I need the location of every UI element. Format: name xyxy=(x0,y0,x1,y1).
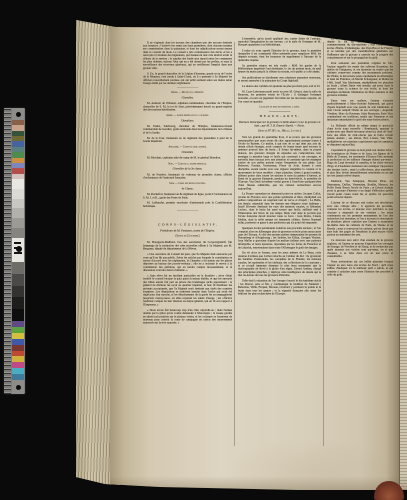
strip-colors-bottom xyxy=(12,321,24,380)
page-number: 198 xyxy=(246,27,282,32)
color-patch xyxy=(12,208,24,218)
card-dot-icon xyxy=(16,246,22,252)
paragraph: Nous reviendrons sur ces belles planches… xyxy=(327,260,393,276)
subheading-italic: 4e Classe. xyxy=(143,187,232,190)
section-heading: CORPS-LÉGISLATIF. xyxy=(143,223,232,226)
paragraph: L'ensemble, qu'on aurait appliqué aux co… xyxy=(238,37,321,47)
card-mark xyxy=(14,242,21,244)
paragraph: M. de la Tour, lieutenant au 4e régiment… xyxy=(143,137,232,143)
color-patch xyxy=(12,286,24,298)
color-patch xyxy=(12,309,24,321)
paragraph: On vit alors se former, sous les yeux mê… xyxy=(238,251,321,277)
archive-photo-background: 198 Il ne s'agissait dans les travaux de… xyxy=(0,0,407,500)
subheading-italic: Chevalier. xyxy=(143,96,232,99)
column-right-text: La suite de ce discours embrasse l'histo… xyxy=(327,37,393,276)
card-mark xyxy=(14,252,22,254)
paragraph: Cependant la gravure en bois jetait son … xyxy=(327,149,393,178)
color-patch xyxy=(12,199,24,209)
seance-line: (Suite du N° 297, col. 196, lig. 2 et su… xyxy=(238,129,321,132)
strip-grayscale xyxy=(12,179,24,238)
paragraph: Entre tous ces maîtres, l'auteur s'attac… xyxy=(327,99,393,121)
center-note: Armée. — Garde impériale de la cavalerie… xyxy=(143,114,232,117)
paragraph: M. Bourgeois-Maillard, l'un des secrétai… xyxy=(143,241,232,251)
subheading-italic: Chevalier de la 3e classe. xyxy=(143,167,232,170)
citation-italic: Discours historique sur la gravure en ta… xyxy=(238,121,321,127)
paragraph: M. Lablanche, premier secrétaire d'ambas… xyxy=(143,201,232,207)
section-heading: BEAUX-ARTS. xyxy=(238,115,321,118)
paragraph: M. Mordant, capitaine aide-de-camp de M.… xyxy=(143,156,232,159)
paragraph: Il ne s'agissait dans les travaux des ch… xyxy=(143,41,232,70)
citation-italic: Présidence de M. Fontanes, comte de l'Em… xyxy=(143,229,232,232)
column-rule-right xyxy=(323,42,324,446)
paragraph: La France cependant ne demeurait point e… xyxy=(238,192,321,224)
column-left-text: Il ne s'agissait dans les travaux des ch… xyxy=(143,41,232,325)
center-note: Ordre. — Décret de la Majesté. xyxy=(143,91,232,94)
center-note: Le relevé du jeudi se poursuivra à lundi… xyxy=(238,105,321,108)
paragraph: « Une ouverture du Conseil lui peut, que… xyxy=(143,253,232,272)
paragraph: Pour remonter aux premières origines de … xyxy=(327,62,393,97)
column-rule-left xyxy=(234,42,235,446)
paragraph: M. de Pontève, lieutenant de vaisseau de… xyxy=(143,173,232,179)
paragraph: Vers les grands du quatrième livre, il s… xyxy=(238,136,321,190)
color-patch xyxy=(12,297,24,309)
registration-dot-top-icon xyxy=(16,112,21,117)
strip-dark-steps xyxy=(12,262,24,321)
paragraph: L'ordre où vous appelé l'histoire de la … xyxy=(238,49,321,62)
color-patch xyxy=(12,274,24,286)
paragraph: M. Aumont de Tribunal, adjudant-commanda… xyxy=(143,102,232,112)
column-middle: L'ensemble, qu'on aurait appliqué aux co… xyxy=(238,37,321,475)
registration-dot-bottom-icon xyxy=(16,385,21,390)
strip-bottom-cap xyxy=(12,380,24,394)
journal-page: 198 Il ne s'agissait dans les travaux de… xyxy=(110,22,407,490)
paragraph: Edelinck, Van Schuppen, Nicolas Pitau, l… xyxy=(327,180,393,199)
paragraph: La séance des comités est ajournée au pl… xyxy=(238,85,321,88)
color-patch xyxy=(12,262,24,274)
paragraph: Quelques écoles persistaient toutefois a… xyxy=(238,227,321,249)
calibration-patch-column xyxy=(11,108,25,394)
paragraph: Telle était la situation de l'art lorsqu… xyxy=(238,279,321,295)
center-note: Nota. — Corps de la marine impériale. xyxy=(143,162,232,165)
paragraph: Sa première séance est très variée : MM.… xyxy=(238,64,321,74)
seance-line: (Séance du 22 octobre.) xyxy=(143,234,232,237)
paragraph: M. Caze-Labrousse paraît avoir vu avec M… xyxy=(238,90,321,103)
subheading-italic: Chevalier. xyxy=(143,151,232,154)
paragraph: Ses publications se distribuent avec plu… xyxy=(238,76,321,82)
column-middle-text: L'ensemble, qu'on aurait appliqué aux co… xyxy=(238,37,321,295)
center-note: Artillerie. — Corps du génie assimilé. xyxy=(143,145,232,148)
reference-card xyxy=(12,238,24,262)
color-patch xyxy=(12,189,24,199)
paragraph: La Hollande offrait en même temps le spe… xyxy=(327,124,393,146)
blank-gap xyxy=(143,214,232,220)
column-left: Il ne s'agissait dans les travaux des ch… xyxy=(143,41,232,465)
paragraph: M. Taube, Salzbourg, chevalier de l'Empi… xyxy=(143,125,232,135)
adjacent-page-edge xyxy=(399,44,407,490)
paragraph: La suite de ce discours embrasse l'histo… xyxy=(327,37,393,59)
calibration-strip xyxy=(4,108,25,394)
paragraph: L'auteur de ce discours suit toutes ces … xyxy=(327,201,393,236)
color-patch xyxy=(12,228,24,238)
paragraph: Ce morceau sera suivi d'un examen de la … xyxy=(327,239,393,258)
paragraph: « Nous avons fait beaucoup trop d'un côt… xyxy=(143,309,232,325)
paragraph: « Sans rêver fut un incident particulier… xyxy=(143,274,232,306)
strip-top-cap xyxy=(12,108,24,120)
center-note: Idem. — Corps des mines rattachées. xyxy=(143,182,232,185)
paragraph: S. Ex. le grand-chancelier de la Légion … xyxy=(143,72,232,85)
color-patch xyxy=(12,218,24,228)
ruler-tick-band xyxy=(4,108,11,394)
subheading-italic: Chevaliers. xyxy=(143,119,232,122)
strip-colors-top xyxy=(12,120,24,179)
column-right: La suite de ce discours embrasse l'histo… xyxy=(327,37,393,463)
color-patch xyxy=(12,179,24,189)
open-book: 198 Il ne s'agissait dans les travaux de… xyxy=(68,12,407,500)
paragraph: M. Rochefort, lieutenant au 8e régiment … xyxy=(143,193,232,199)
